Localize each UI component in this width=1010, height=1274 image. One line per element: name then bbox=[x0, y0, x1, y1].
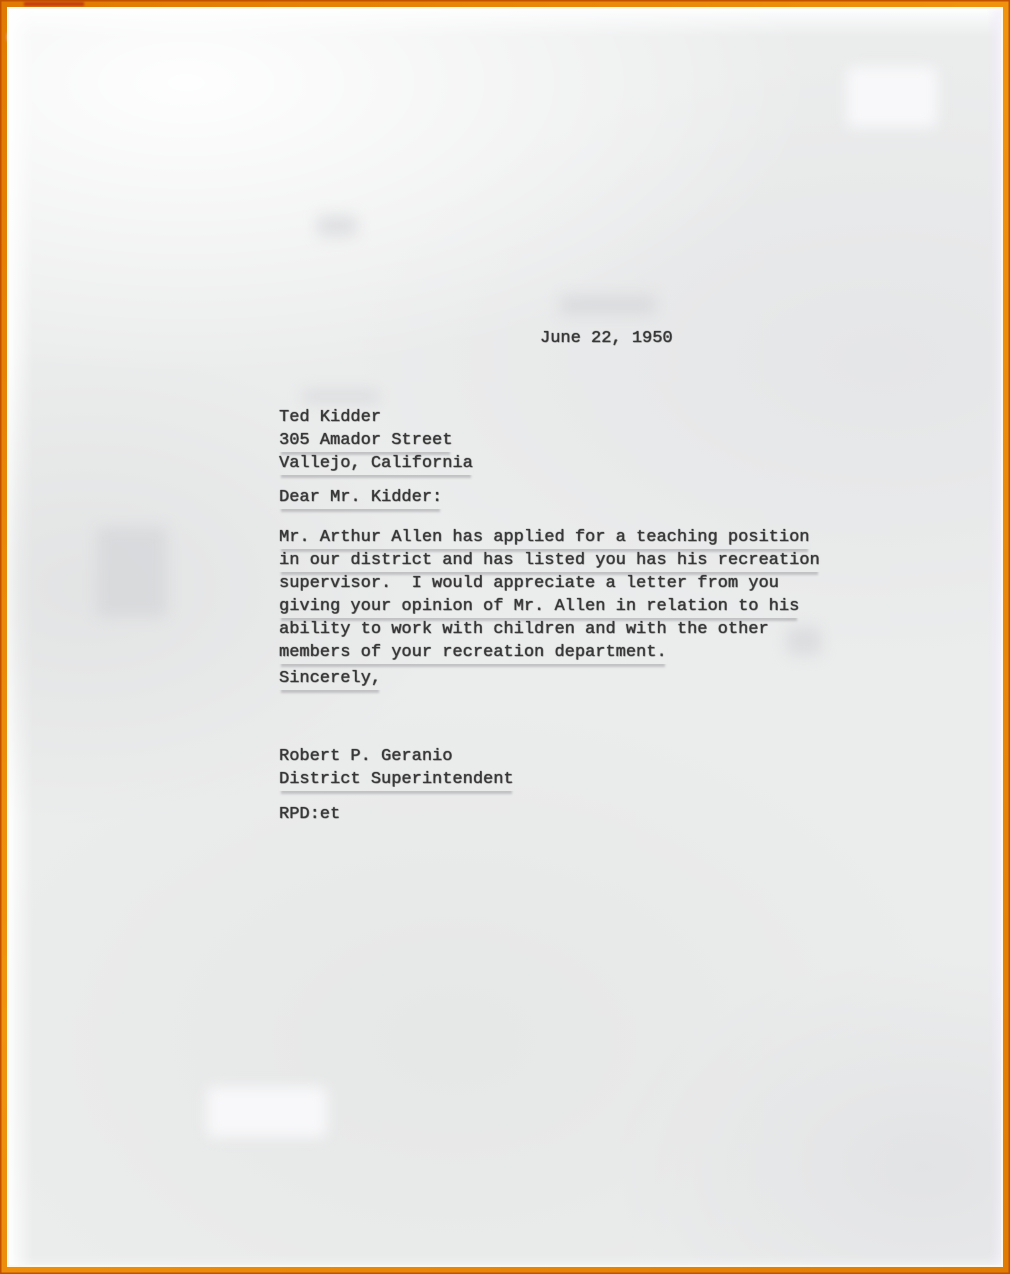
recipient-city-state: Vallejo, California bbox=[279, 452, 473, 475]
salutation: Dear Mr. Kidder: bbox=[279, 486, 442, 509]
body-line: Mr. Arthur Allen has applied for a teach… bbox=[279, 526, 810, 549]
signer-title: District Superintendent bbox=[279, 768, 514, 791]
signer-name: Robert P. Geranio bbox=[279, 745, 452, 768]
letter-date: June 22, 1950 bbox=[540, 327, 673, 350]
frame-scan-artifact bbox=[24, 2, 84, 6]
body-line: giving your opinion of Mr. Allen in rela… bbox=[279, 595, 799, 618]
scan-frame-border: June 22, 1950 Ted Kidder 305 Amador Stre… bbox=[0, 0, 1010, 1274]
letter-body: Mr. Arthur Allen has applied for a teach… bbox=[279, 526, 820, 664]
recipient-address-block: Ted Kidder 305 Amador Street Vallejo, Ca… bbox=[279, 406, 473, 475]
body-line: members of your recreation department. bbox=[279, 641, 667, 664]
typist-initials: RPD:et bbox=[279, 803, 340, 826]
scanned-letter-page: June 22, 1950 Ted Kidder 305 Amador Stre… bbox=[7, 7, 1003, 1267]
body-line: ability to work with children and with t… bbox=[279, 618, 769, 641]
closing: Sincerely, bbox=[279, 667, 381, 690]
letter-content: June 22, 1950 Ted Kidder 305 Amador Stre… bbox=[7, 7, 1003, 1267]
recipient-name: Ted Kidder bbox=[279, 406, 381, 429]
recipient-street: 305 Amador Street bbox=[279, 429, 452, 452]
body-line: supervisor. I would appreciate a letter … bbox=[279, 572, 779, 595]
signature-block: Robert P. Geranio District Superintenden… bbox=[279, 745, 514, 791]
body-line: in our district and has listed you has h… bbox=[279, 549, 820, 572]
